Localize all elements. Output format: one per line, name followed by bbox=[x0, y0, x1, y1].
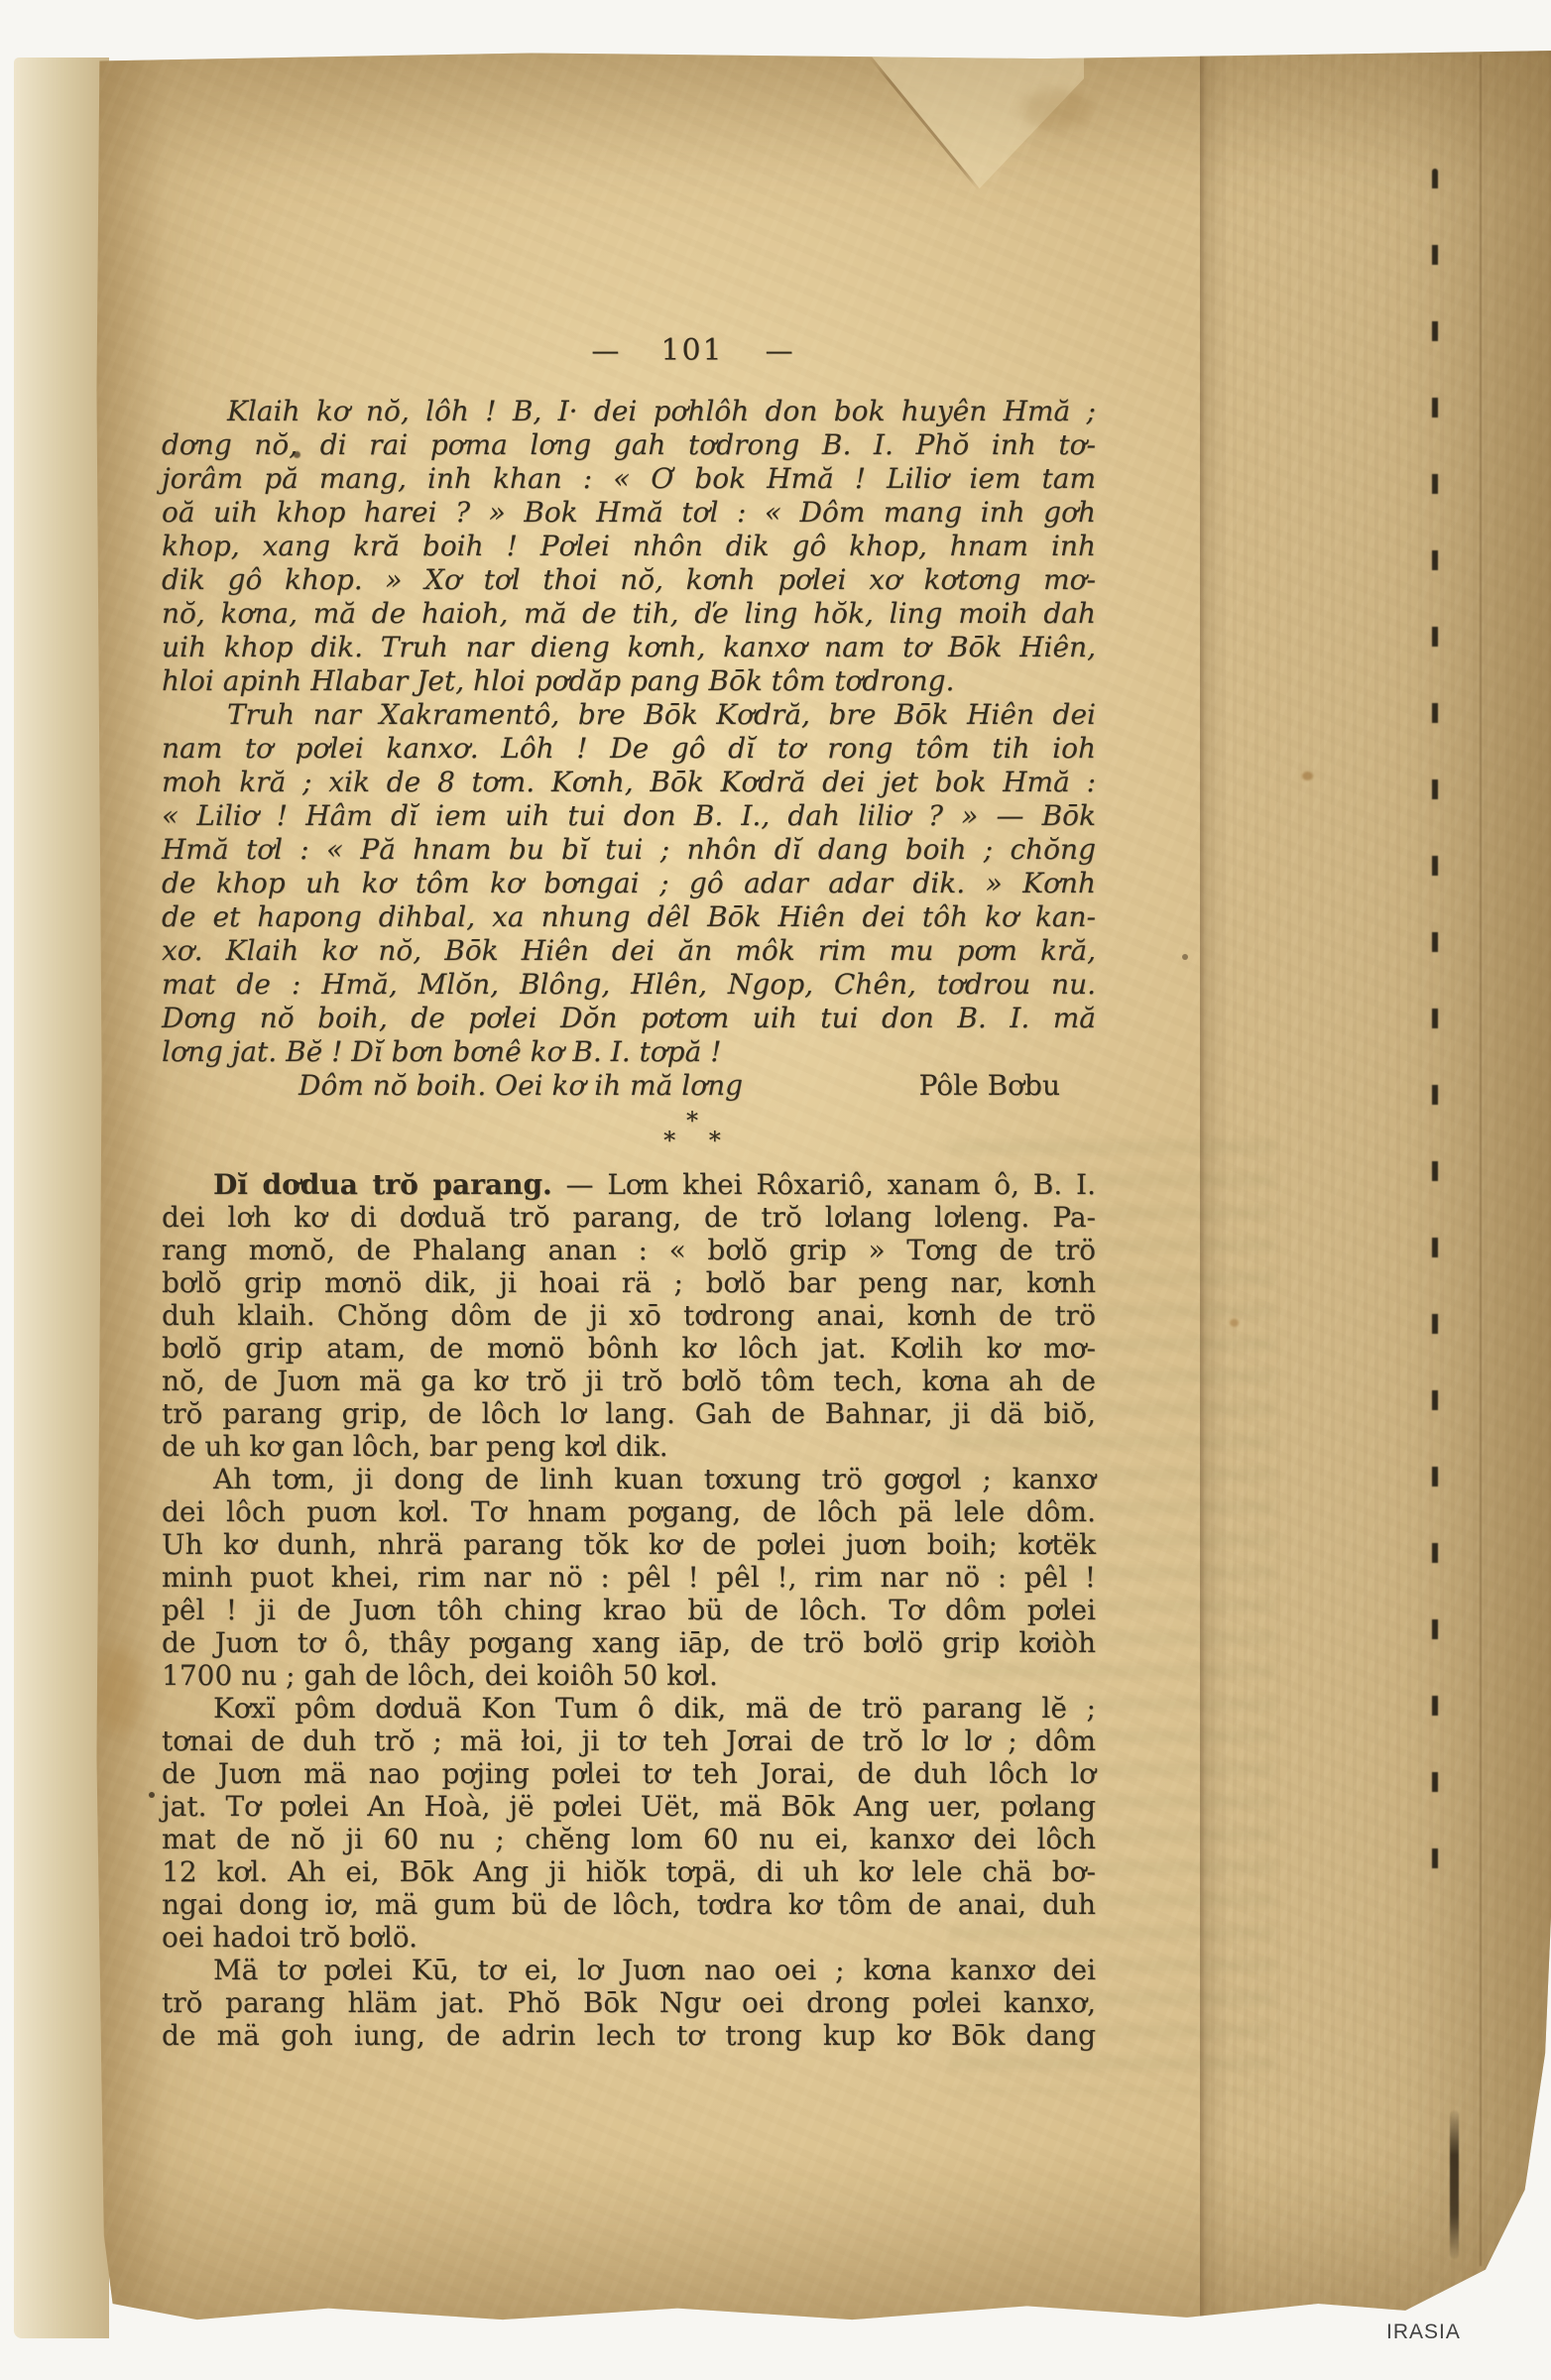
text-line: trŏ parang hläm jat. Phŏ Bōk Ngư oei dro… bbox=[162, 1986, 1096, 2019]
paragraph: Ah tơm, ji dong de linh kuan tơxung trö … bbox=[162, 1463, 1096, 1692]
margin-dot bbox=[149, 1792, 155, 1798]
text-line: dei lơh kơ di dơduă trŏ parang, de trŏ l… bbox=[162, 1201, 1096, 1234]
separator-bottom-stars: * * bbox=[225, 1130, 1159, 1150]
binding-mark-dashes bbox=[1432, 169, 1438, 1914]
text-line: bơlŏ grip atam, de mơnö bônh kơ lôch jat… bbox=[162, 1332, 1096, 1365]
text-line: Dĭ dơdua trŏ parang. — Lơm khei Rôxariô,… bbox=[162, 1168, 1096, 1201]
text-line: de khop uh kơ tôm kơ bơngai ; gô adar ad… bbox=[162, 867, 1096, 900]
text-line: Mä tơ pơlei Kū, tơ ei, lơ Juơn nao oei ;… bbox=[162, 1954, 1096, 1986]
page-number-left-dash: — bbox=[591, 334, 619, 367]
text-line: nam tơ pơlei kanxơ. Lôh ! De gô dĭ tơ ro… bbox=[162, 732, 1096, 766]
text-line: dik gô khop. » Xơ tơl thoi nŏ, kơnh pơle… bbox=[162, 563, 1096, 597]
ink-speck bbox=[1182, 954, 1188, 960]
text-line: Dơng nŏ boih, de pơlei Dŏn pơtơm uih tui… bbox=[162, 1002, 1096, 1035]
paragraph-lead: Dĭ dơdua trŏ parang. bbox=[213, 1168, 552, 1201]
paragraph: Dĭ dơdua trŏ parang. — Lơm khei Rôxariô,… bbox=[162, 1168, 1096, 1463]
paragraph: Kơxï pôm dơduä Kon Tum ô dik, mä de trö … bbox=[162, 1692, 1096, 1954]
page-number-right-dash: — bbox=[766, 334, 793, 367]
text-line: khop, xang kră boih ! Pơlei nhôn dik gô … bbox=[162, 530, 1096, 563]
page-edge-line bbox=[1480, 55, 1482, 2266]
text-line: Truh nar Xakramentô, bre Bōk Kơdră, bre … bbox=[162, 698, 1096, 732]
age-spot bbox=[1302, 772, 1313, 780]
text-line: Ah tơm, ji dong de linh kuan tơxung trö … bbox=[162, 1463, 1096, 1495]
age-spot bbox=[1230, 1319, 1239, 1327]
text-line: trŏ parang grip, de lôch lơ lang. Gah de… bbox=[162, 1397, 1096, 1430]
text-line: de et hapong dihbal, xa nhung dêl Bōk Hi… bbox=[162, 900, 1096, 934]
paragraph: Klaih kơ nŏ, lôh ! B, I· dei pơhlôh don … bbox=[162, 395, 1096, 698]
text-line: moh kră ; xik de 8 tơm. Kơnh, Bōk Kơdră … bbox=[162, 766, 1096, 799]
underlying-page-edge bbox=[14, 58, 109, 2338]
text-line: jorâm pă mang, inh khan : « Ơ bok Hmă ! … bbox=[162, 462, 1096, 496]
text-line: ngai dong iơ, mä gum bü de lôch, tơdra k… bbox=[162, 1888, 1096, 1921]
text-line: de uh kơ gan lôch, bar peng kơl dik. bbox=[162, 1430, 1096, 1463]
text-line: Kơxï pôm dơduä Kon Tum ô dik, mä de trö … bbox=[162, 1692, 1096, 1725]
page-number: —101— bbox=[225, 333, 1159, 369]
text-line: de Juơn tơ ô, thây pơgang xang iāp, de t… bbox=[162, 1626, 1096, 1659]
text-line: de Juơn mä nao pơjing pơlei tơ teh Jorai… bbox=[162, 1757, 1096, 1790]
text-section-roman: Dĭ dơdua trŏ parang. — Lơm khei Rôxariô,… bbox=[162, 1168, 1096, 2052]
text-line: uih khop dik. Truh nar dieng kơnh, kanxơ… bbox=[162, 631, 1096, 664]
signature-closing-phrase: Dôm nŏ boih. Oei kơ ih mă lơng bbox=[298, 1069, 743, 1103]
text-line: bơlŏ grip mơnö dik, ji hoai rä ; bơlŏ ba… bbox=[162, 1266, 1096, 1299]
text-line: mat de : Hmă, Mlŏn, Blông, Hlên, Ngop, C… bbox=[162, 968, 1096, 1002]
smudge bbox=[1021, 89, 1091, 129]
irasia-watermark: IRASIA bbox=[1386, 2320, 1461, 2344]
page-number-value: 101 bbox=[660, 333, 723, 368]
text-line: nŏ, kơna, mă de haioh, mă de tih, ďe lin… bbox=[162, 597, 1096, 631]
text-line: 12 kơl. Ah ei, Bōk Ang ji hiŏk tơpä, di … bbox=[162, 1855, 1096, 1888]
text-line: dơng nŏ, di rai pơma lơng gah tơdrong B.… bbox=[162, 428, 1096, 462]
text-line: hloi apinh Hlabar Jet, hloi pơdăp pang B… bbox=[162, 664, 1096, 698]
text-line: 1700 nu ; gah de lôch, dei koiôh 50 kơl. bbox=[162, 1659, 1096, 1692]
paragraph: Truh nar Xakramentô, bre Bōk Kơdră, bre … bbox=[162, 698, 1096, 1069]
text-line: rang mơnŏ, de Phalang anan : « bơlŏ grip… bbox=[162, 1234, 1096, 1266]
text-line: oă uih khop harei ? » Bok Hmă tơl : « Dô… bbox=[162, 496, 1096, 530]
text-line: de mä goh iung, de adrin lech tơ trong k… bbox=[162, 2019, 1096, 2052]
text-line: nŏ, de Juơn mä ga kơ trŏ ji trŏ bơlŏ tôm… bbox=[162, 1365, 1096, 1397]
text-section-italic: Klaih kơ nŏ, lôh ! B, I· dei pơhlôh don … bbox=[162, 395, 1096, 1069]
text-line: tơnai de duh trŏ ; mä łoi, ji tơ teh Jơr… bbox=[162, 1725, 1096, 1757]
text-line: « Liliơ ! Hâm dĭ iem uih tui don B. I., … bbox=[162, 799, 1096, 833]
text-line: lơng jat. Bĕ ! Dĭ bơn bơnê kơ B. I. tơpă… bbox=[162, 1035, 1096, 1069]
text-line: Klaih kơ nŏ, lôh ! B, I· dei pơhlôh don … bbox=[162, 395, 1096, 428]
text-line: mat de nŏ ji 60 nu ; chĕng lom 60 nu ei,… bbox=[162, 1823, 1096, 1855]
text-line: minh puot khei, rim nar nö : pêl ! pêl !… bbox=[162, 1561, 1096, 1594]
text-line: dei lôch puơn kơl. Tơ hnam pơgang, de lô… bbox=[162, 1495, 1096, 1528]
text-line: oei hadoi trŏ bơlö. bbox=[162, 1921, 1096, 1954]
signature-author-name: Pôle Bơbu bbox=[919, 1069, 1060, 1103]
asterisk-separator: * * * bbox=[225, 1111, 1159, 1150]
edge-stain bbox=[95, 1646, 141, 1735]
text-line: Uh kơ dunh, nhrä parang tŏk kơ de pơlei … bbox=[162, 1528, 1096, 1561]
text-line: jat. Tơ pơlei An Hoà, jë pơlei Uët, mä B… bbox=[162, 1790, 1096, 1823]
text-line: duh klaih. Chŏng dôm de ji xō tơdrong an… bbox=[162, 1299, 1096, 1332]
text-line: Hmă tơl : « Pă hnam bu bĭ tui ; nhôn dĭ … bbox=[162, 833, 1096, 867]
printed-text-block: —101— Klaih kơ nŏ, lôh ! B, I· dei pơhlô… bbox=[162, 333, 1096, 2052]
edge-ink-streak bbox=[1450, 2110, 1459, 2259]
text-line: xơ. Klaih kơ nŏ, Bōk Hiên dei ăn môk rim… bbox=[162, 934, 1096, 968]
signature-line: Dôm nŏ boih. Oei kơ ih mă lơng Pôle Bơbu bbox=[162, 1069, 1096, 1103]
text-line: pêl ! ji de Juơn tôh ching krao bü de lô… bbox=[162, 1594, 1096, 1626]
paragraph: Mä tơ pơlei Kū, tơ ei, lơ Juơn nao oei ;… bbox=[162, 1954, 1096, 2052]
